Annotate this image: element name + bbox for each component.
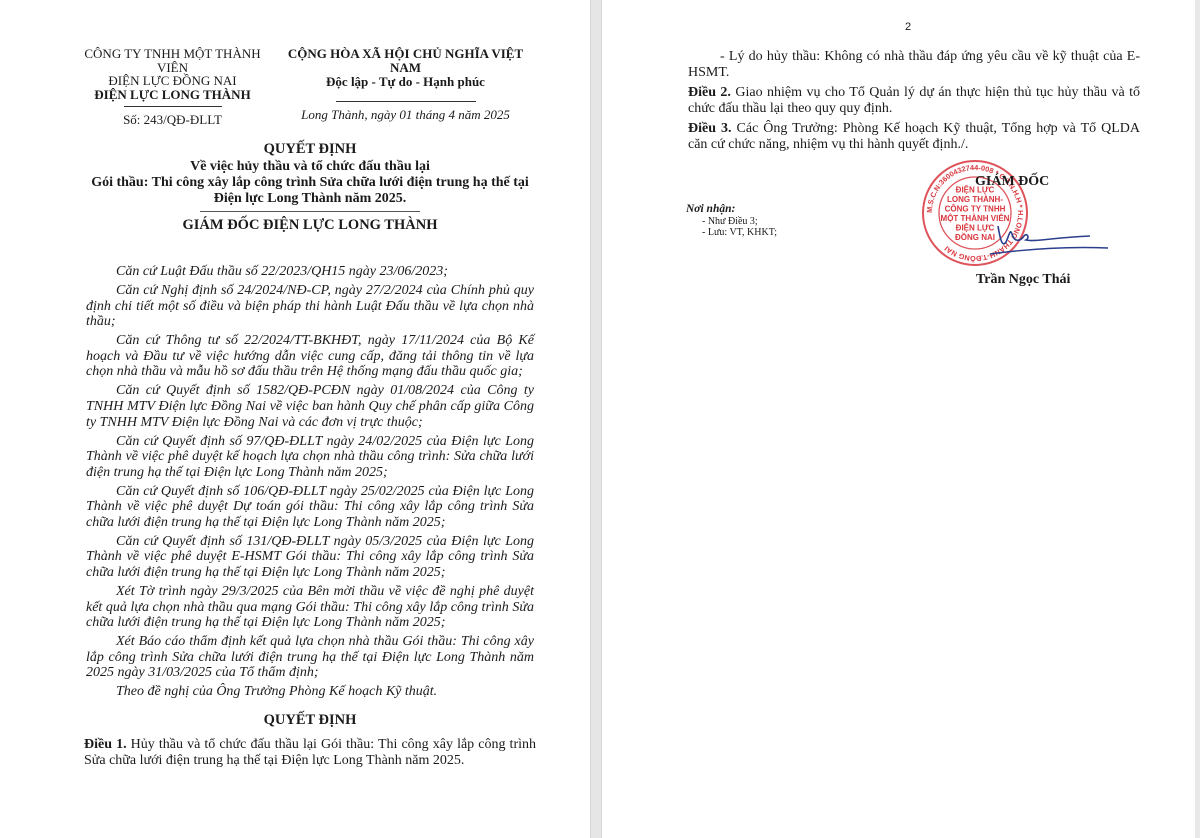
legal-basis-item: Theo đề nghị của Ông Trưởng Phòng Kế hoạ… [86, 684, 534, 700]
svg-text:ĐỒNG NAI: ĐỒNG NAI [955, 232, 995, 242]
recipient-item: - Như Điều 3; [686, 216, 777, 228]
document-type-heading: QUYẾT ĐỊNH [70, 141, 550, 157]
document-title-block: QUYẾT ĐỊNH Về việc hủy thầu và tổ chức đ… [70, 141, 550, 233]
organization-header: CÔNG TY TNHH MỘT THÀNH VIÊN ĐIỆN LỰC ĐỒN… [70, 47, 275, 127]
subject-line-1: Về việc hủy thầu và tổ chức đấu thầu lại [70, 159, 550, 175]
header-divider [124, 106, 222, 107]
viewer-edge [1195, 0, 1200, 838]
legal-basis-item: Xét Tờ trình ngày 29/3/2025 của Bên mời … [86, 584, 534, 631]
page-2-body: - Lý do hủy thầu: Không có nhà thầu đáp … [688, 49, 1140, 158]
legal-basis-item: Xét Báo cáo thẩm định kết quả lựa chọn n… [86, 634, 534, 681]
article-2: Điều 2. Giao nhiệm vụ cho Tổ Quản lý dự … [688, 85, 1140, 116]
cancellation-reason: - Lý do hủy thầu: Không có nhà thầu đáp … [688, 49, 1140, 80]
signature-icon [990, 220, 1110, 260]
subject-line-3: Điện lực Long Thành năm 2025. [70, 191, 550, 207]
recipients-block: Nơi nhận: - Như Điều 3; - Lưu: VT, KHKT; [686, 204, 777, 239]
legal-basis-item: Căn cứ Quyết định số 1582/QĐ-PCĐN ngày 0… [86, 383, 534, 430]
legal-basis-item: Căn cứ Nghị định số 24/2024/NĐ-CP, ngày … [86, 283, 534, 330]
legal-basis-list: Căn cứ Luật Đấu thầu số 22/2023/QH15 ngà… [86, 264, 534, 703]
article-1: Điều 1. Hủy thầu và tổ chức đấu thầu lại… [84, 737, 536, 768]
motto-divider [336, 101, 476, 102]
legal-basis-item: Căn cứ Luật Đấu thầu số 22/2023/QH15 ngà… [86, 264, 534, 280]
national-title: CỘNG HÒA XÃ HỘI CHỦ NGHĨA VIỆT NAM [283, 47, 528, 75]
issuer-heading: GIÁM ĐỐC ĐIỆN LỰC LONG THÀNH [70, 217, 550, 233]
page-number: 2 [905, 21, 911, 33]
recipient-item: - Lưu: VT, KHKT; [686, 227, 777, 239]
article-3-text: Các Ông Trưởng: Phòng Kế hoạch Kỹ thuật,… [688, 121, 1140, 152]
article-1-text: Hủy thầu và tổ chức đấu thầu lại Gói thầ… [84, 737, 536, 768]
title-divider [200, 211, 420, 212]
decision-heading: QUYẾT ĐỊNH [70, 712, 550, 729]
article-3: Điều 3. Các Ông Trưởng: Phòng Kế hoạch K… [688, 121, 1140, 152]
document-page-1: CÔNG TY TNHH MỘT THÀNH VIÊN ĐIỆN LỰC ĐỒN… [0, 0, 590, 838]
legal-basis-item: Căn cứ Quyết định số 106/QĐ-ĐLLT ngày 25… [86, 484, 534, 531]
svg-text:ĐIỆN LỰC: ĐIỆN LỰC [956, 223, 995, 232]
org-line-2: ĐIỆN LỰC ĐỒNG NAI [70, 74, 275, 88]
document-number: Số: 243/QĐ-ĐLLT [70, 113, 275, 127]
subject-line-2: Gói thầu: Thi công xây lắp công trình Sử… [70, 175, 550, 191]
legal-basis-item: Căn cứ Quyết định số 97/QĐ-ĐLLT ngày 24/… [86, 434, 534, 481]
national-motto: Độc lập - Tự do - Hạnh phúc [283, 75, 528, 89]
org-line-1: CÔNG TY TNHH MỘT THÀNH VIÊN [70, 47, 275, 74]
svg-text:CÔNG TY TNHH: CÔNG TY TNHH [945, 204, 1006, 213]
document-page-2: 2 - Lý do hủy thầu: Không có nhà thầu đá… [602, 0, 1195, 838]
recipients-label: Nơi nhận: [686, 204, 777, 216]
article-2-text: Giao nhiệm vụ cho Tổ Quản lý dự án thực … [688, 85, 1140, 116]
legal-basis-item: Căn cứ Quyết định số 131/QĐ-ĐLLT ngày 05… [86, 534, 534, 581]
legal-basis-item: Căn cứ Thông tư số 22/2024/TT-BKHĐT, ngà… [86, 333, 534, 380]
article-1-label: Điều 1. [84, 737, 127, 752]
page-gutter [590, 0, 602, 838]
signer-name: Trần Ngọc Thái [976, 272, 1070, 288]
svg-text:LONG THÀNH-: LONG THÀNH- [947, 195, 1003, 204]
article-3-label: Điều 3. [688, 121, 732, 136]
org-line-3: ĐIỆN LỰC LONG THÀNH [70, 88, 275, 102]
national-header: CỘNG HÒA XÃ HỘI CHỦ NGHĨA VIỆT NAM Độc l… [283, 47, 528, 122]
document-date: Long Thành, ngày 01 tháng 4 năm 2025 [283, 108, 528, 122]
article-2-label: Điều 2. [688, 85, 731, 100]
signer-title: GIÁM ĐỐC [975, 174, 1049, 190]
